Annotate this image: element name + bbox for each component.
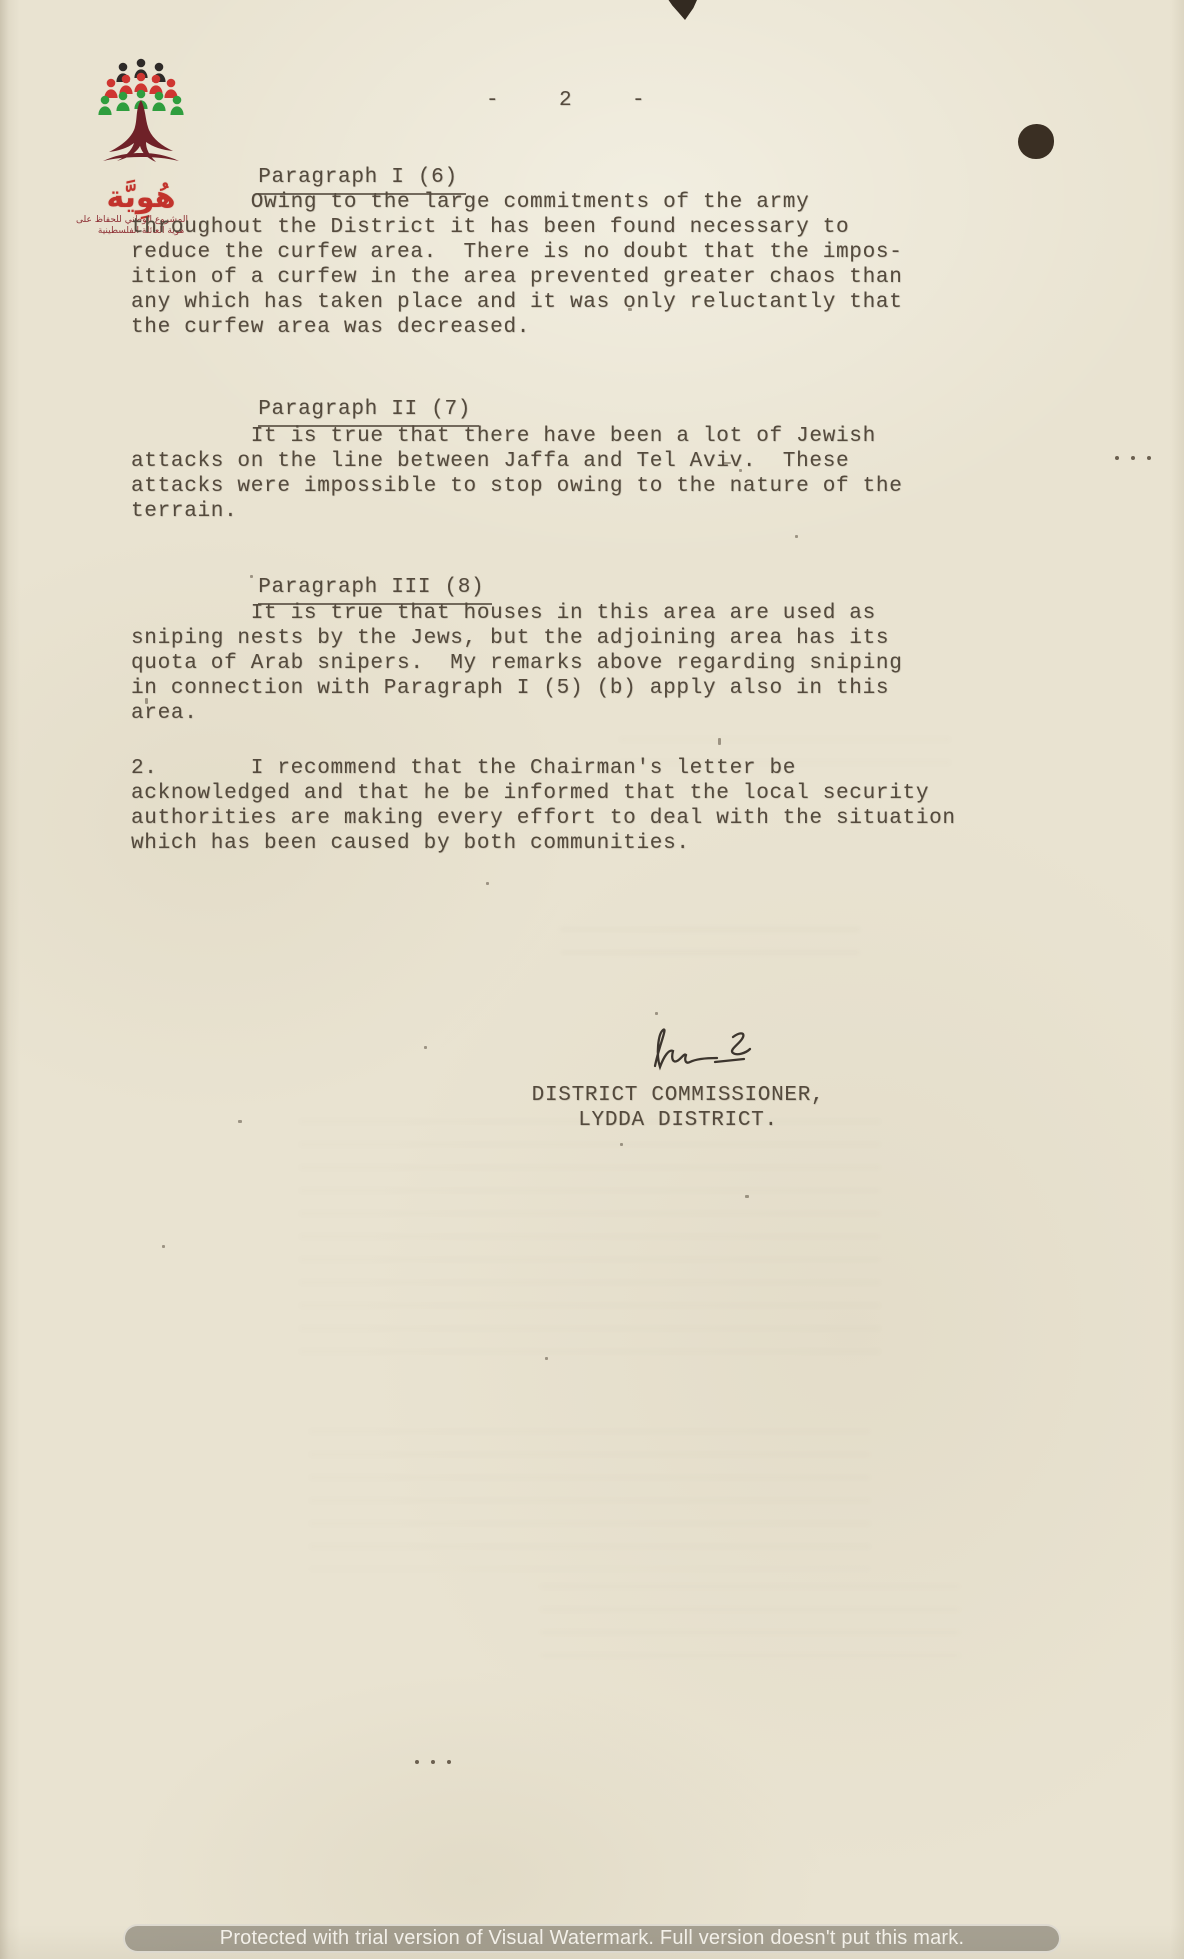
paper-speck <box>628 308 632 311</box>
paper-speck <box>486 882 489 885</box>
paper-speck <box>250 575 253 578</box>
paper-speck <box>238 1120 242 1123</box>
paper-speck <box>795 535 798 538</box>
ghost-bleedthrough <box>310 1430 870 1570</box>
signature-block: DISTRICT COMMISSIONER, LYDDA DISTRICT. <box>498 1083 858 1133</box>
paper-speck <box>620 1143 623 1146</box>
watermark-text: Protected with trial version of Visual W… <box>220 1927 964 1950</box>
family-tree-logo-icon <box>94 58 188 176</box>
paragraph-1-body: Owing to the large commitments of the ar… <box>131 190 961 340</box>
handwritten-signature <box>645 1020 760 1083</box>
ghost-bleedthrough <box>300 1120 880 1360</box>
document-page: هُوِيَّة المشروع الوطني للحفاظ على هوية … <box>0 0 1184 1959</box>
paper-speck <box>722 462 731 464</box>
paper-speck <box>745 1195 749 1198</box>
ink-dot-right <box>1018 124 1054 159</box>
closing-paragraph: 2. I recommend that the Chairman's lette… <box>131 756 981 856</box>
paper-speck <box>545 1357 548 1360</box>
watermark-bar: Protected with trial version of Visual W… <box>123 1924 1061 1953</box>
stray-dots <box>415 1760 451 1764</box>
paragraph-2-heading-text: Paragraph II (7) <box>258 397 479 427</box>
paper-speck <box>655 1012 658 1015</box>
paragraph-3-body: It is true that houses in this area are … <box>131 601 961 726</box>
paper-speck <box>739 469 742 472</box>
paper-speck <box>145 698 148 704</box>
signature-title-line1: DISTRICT COMMISSIONER, <box>498 1083 858 1108</box>
signature-title-line2: LYDDA DISTRICT. <box>498 1108 858 1133</box>
ghost-bleedthrough <box>560 928 860 970</box>
paragraph-2-body: It is true that there have been a lot of… <box>131 424 961 524</box>
paper-speck <box>718 738 721 745</box>
stray-dots <box>1115 456 1151 460</box>
page-number: - 2 - <box>486 88 647 113</box>
paper-speck <box>162 1245 165 1248</box>
ink-blot-top <box>667 0 697 20</box>
paper-speck <box>424 1046 427 1049</box>
ghost-bleedthrough <box>540 1585 960 1665</box>
